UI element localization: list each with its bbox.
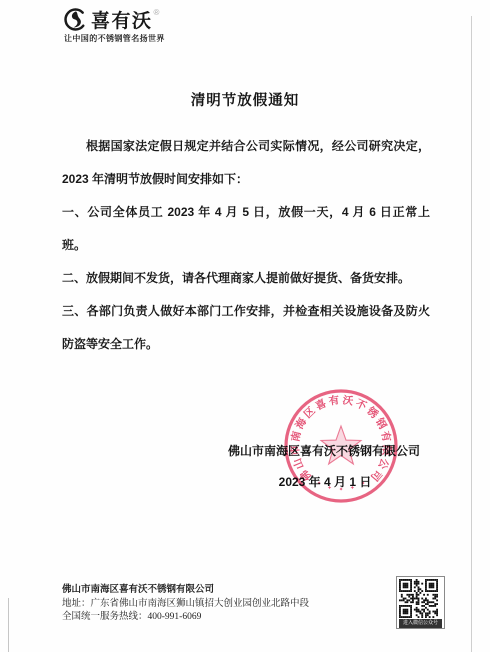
notice-paragraph-intro: 根据国家法定假日规定并结合公司实际情况，经公司研究决定，2023 年清明节放假时… — [62, 130, 430, 196]
qr-code-icon — [399, 579, 438, 618]
notice-body: 根据国家法定假日规定并结合公司实际情况，经公司研究决定，2023 年清明节放假时… — [62, 130, 430, 361]
footer-hotline: 全国统一服务热线：400-991-6069 — [62, 611, 309, 625]
qr-caption: 进入微信公众号 — [399, 619, 442, 628]
svg-text:海: 海 — [293, 415, 310, 431]
wechat-qr-block: 进入微信公众号 — [396, 576, 445, 629]
svg-text:区: 区 — [301, 404, 318, 421]
holiday-notice-document: 喜有沃 ® 让中国的不锈钢管名扬世界 清明节放假通知 根据国家法定假日规定并结合… — [0, 0, 490, 652]
svg-text:喜: 喜 — [313, 396, 329, 413]
company-logo: 喜有沃 ® — [64, 6, 158, 33]
svg-text:锈: 锈 — [364, 404, 382, 422]
footer-address: 地址：广东省佛山市南海区狮山镇招大创业园创业北路中段 — [62, 598, 309, 612]
signature-date: 2023 年 4 月 1 日 — [228, 473, 422, 490]
page-edge-right — [471, 16, 472, 652]
notice-item-1: 一、公司全体员工 2023 年 4 月 5 日，放假一天，4 月 6 日正常上班… — [62, 196, 430, 262]
logo-text: 喜有沃 — [91, 6, 153, 33]
notice-item-3: 三、各部门负责人做好本部门工作安排，并检查相关设施设备及防火防盗等安全工作。 — [62, 295, 430, 361]
logo-tagline: 让中国的不锈钢管名扬世界 — [64, 33, 165, 44]
svg-text:南: 南 — [289, 429, 304, 442]
svg-text:有: 有 — [328, 393, 341, 408]
swirl-globe-icon — [64, 8, 87, 31]
signature-company: 佛山市南海区喜有沃不锈钢有限公司 — [228, 442, 422, 459]
page-edge-left — [8, 598, 9, 652]
footer: 佛山市南海区喜有沃不锈钢有限公司 地址：广东省佛山市南海区狮山镇招大创业园创业北… — [62, 584, 309, 625]
svg-text:钢: 钢 — [372, 415, 389, 432]
svg-text:不: 不 — [354, 397, 370, 414]
notice-title: 清明节放假通知 — [0, 89, 490, 110]
notice-item-2: 二、放假期间不发货，请各代理商家人提前做好提货、备货安排。 — [62, 262, 430, 295]
registered-mark: ® — [154, 8, 160, 17]
svg-text:沃: 沃 — [341, 393, 355, 408]
footer-company: 佛山市南海区喜有沃不锈钢有限公司 — [62, 584, 309, 598]
